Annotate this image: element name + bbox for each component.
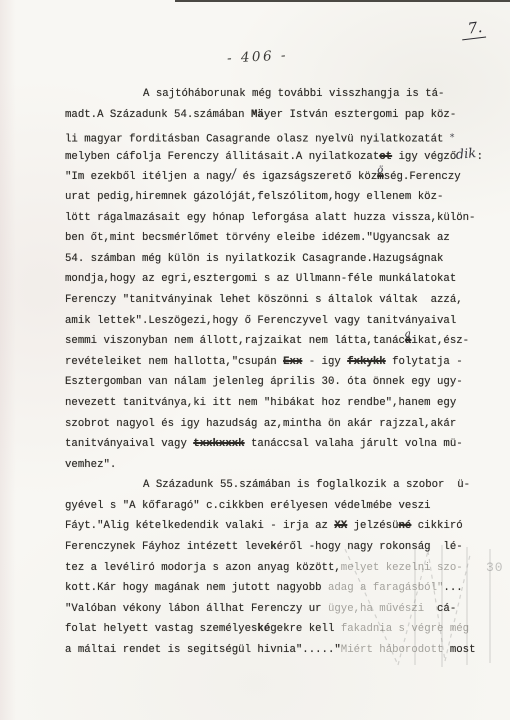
text-segment: A Századunk 55.számában is foglalkozik a… — [143, 479, 470, 491]
text-segment: nevezett tanitványa,ki itt nem "hibákat … — [65, 397, 456, 409]
text-segment: txxkxxxk — [193, 438, 244, 450]
text-segment: semmi viszonyban nem állott,rajzaikat ne… — [65, 335, 405, 347]
text-line: "Valóban vékony lábon állhat Ferenczy ur… — [65, 599, 469, 620]
text-segment: szobrot nagyol és igy hazudság az,mintha… — [65, 418, 456, 430]
text-segment: Fáyt."Alig kételkedendik valaki - irja a… — [65, 520, 334, 532]
text-segment: gyével s "A kőfaragó" c.cikkben erélyese… — [65, 500, 431, 512]
text-segment: ügye,ha művészi — [328, 603, 424, 615]
text-segment: A sajtóháborunak még további visszhangja… — [143, 88, 444, 100]
scan-edge-smudge — [0, 0, 16, 720]
text-line: kott.Kár hogy magának nem jutott nagyobb… — [65, 578, 469, 599]
text-segment: igy végző — [392, 151, 456, 163]
text-segment: Ferenczynek Fáyhoz intézett leve — [65, 541, 270, 553]
text-line: tanitványaival vagy txxkxxxk tanáccsal v… — [65, 434, 469, 455]
text-segment: ikat,ész- — [411, 335, 469, 347]
text-segment: tez a levéliró modorja s azon anyag közö… — [65, 562, 341, 574]
text-line: ben őt,mint becsmérlőmet törvény eleibe … — [65, 228, 469, 249]
text-line: tez a levéliró modorja s azon anyag közö… — [65, 558, 469, 579]
text-line: mondja,hogy az egri,esztergomi s az Ullm… — [65, 269, 469, 290]
text-segment: fxkykk — [347, 356, 385, 368]
text-segment: ké — [257, 623, 270, 635]
text-segment: tanitványaival vagy — [65, 438, 193, 450]
text-segment: ... — [443, 582, 462, 594]
text-segment: Exx — [283, 356, 302, 368]
text-segment: Miért háborodott — [341, 644, 444, 656]
text-segment: adag a faragásból" — [328, 582, 443, 594]
text-segment: ség.Ferenczy — [384, 171, 461, 183]
text-line: li magyar forditásban Casagrande olasz n… — [65, 125, 469, 146]
text-segment: folat helyett vastag személyes — [65, 623, 257, 635]
bleed-through-digits: 30 — [486, 560, 504, 575]
text-segment: éről -hogy nagy rokonság lé- — [277, 541, 463, 553]
text-segment: aa — [405, 335, 411, 347]
text-line: melyben cáfolja Ferenczy állitásait.A ny… — [65, 146, 469, 167]
text-segment: "Im ezekből itéljen a nagy — [65, 171, 232, 183]
text-segment: jelzésü — [347, 520, 398, 532]
text-segment: amik lettek".Leszögezi,hogy ő Ferenczyve… — [65, 315, 456, 327]
handwritten-correction: ⁎ — [450, 130, 455, 140]
text-segment: Ferenczy "tanitványinak lehet köszönni s… — [65, 294, 463, 306]
handwritten-corner-number: 7. — [460, 18, 487, 41]
handwritten-correction: / — [231, 165, 237, 186]
text-line: gyével s "A kőfaragó" c.cikkben erélyese… — [65, 496, 469, 517]
handwritten-correction: ö — [377, 161, 383, 182]
text-line: Ferenczynek Fáyhoz intézett levekéről -h… — [65, 537, 469, 558]
text-line: a máltai rendet is segitségül hivnia"...… — [65, 640, 469, 661]
text-segment: XX — [334, 520, 347, 532]
text-line: revételeiket nem hallotta,"csupán Exx - … — [65, 352, 469, 373]
text-segment: : — [477, 151, 483, 163]
text-segment: gekre kell — [270, 623, 341, 635]
text-segment: madt.A Századunk 54.számában — [65, 109, 251, 121]
text-line: 54. számban még külön is nyilatkozik Cas… — [65, 249, 469, 270]
text-segment: cikkiró — [411, 520, 462, 532]
text-segment: melyben cáfolja Ferenczy állitásait.A ny… — [65, 151, 379, 163]
text-segment: kott.Kár hogy magának nem jutott nagyobb — [65, 582, 328, 594]
typed-text: A sajtóháborunak még további visszhangja… — [65, 84, 469, 661]
text-segment: 54. számban még külön is nyilatkozik Cas… — [65, 253, 443, 265]
text-line: szobrot nagyol és igy hazudság az,mintha… — [65, 414, 469, 435]
text-line: A Századunk 55.számában is foglalkozik a… — [65, 475, 469, 496]
text-line: semmi viszonyban nem állott,rajzaikat ne… — [65, 331, 469, 352]
text-segment: mö — [377, 171, 383, 183]
handwritten-correction: a — [405, 325, 411, 346]
handwritten-page-number: - 406 - — [227, 47, 289, 66]
text-line: lött rágalmazásait egy hónap leforgása a… — [65, 208, 469, 229]
text-line: folat helyett vastag személyeskégekre ke… — [65, 619, 469, 640]
text-segment: ben őt,mint becsmérlőmet törvény eleibe … — [65, 232, 450, 244]
text-line: madt.A Századunk 54.számában Mäyer Istvá… — [65, 105, 469, 126]
text-segment: Esztergomban van nálam jelenleg április … — [65, 376, 463, 388]
text-segment: yer István esztergomi pap köz- — [264, 109, 456, 121]
text-segment: urat pedig,hiremnek gázolóját,felszólito… — [65, 191, 443, 203]
text-segment: revételeiket nem hallotta,"csupán — [65, 356, 283, 368]
text-line: nevezett tanitványa,ki itt nem "hibákat … — [65, 393, 469, 414]
text-segment: "Valóban vékony lábon állhat Ferenczy ur — [65, 603, 328, 615]
text-segment: - igy — [302, 356, 347, 368]
text-segment: mondja,hogy az egri,esztergomi s az Ullm… — [65, 273, 456, 285]
text-segment: folytatja - — [386, 356, 463, 368]
text-line: "Im ezekből itéljen a nagy/ és igazságsz… — [65, 166, 469, 187]
text-segment: melyet kezelni szo- — [341, 562, 463, 574]
text-segment: li magyar forditásban Casagrande olasz n… — [65, 134, 450, 146]
text-line: Esztergomban van nálam jelenleg április … — [65, 372, 469, 393]
text-segment: Mä — [251, 109, 264, 121]
text-segment: cá- — [424, 603, 456, 615]
text-segment: most — [443, 644, 475, 656]
text-segment: a máltai rendet is segitségül hivnia"...… — [65, 644, 341, 656]
text-line: Ferenczy "tanitványinak lehet köszönni s… — [65, 290, 469, 311]
text-segment: vemhez". — [65, 459, 116, 471]
text-line: Fáyt."Alig kételkedendik valaki - irja a… — [65, 516, 469, 537]
text-line: urat pedig,hiremnek gázolóját,felszólito… — [65, 187, 469, 208]
text-segment: és igazságszerető köz — [236, 171, 377, 183]
scan-edge-line — [175, 0, 510, 2]
text-segment: tanáccsal valaha járult volna mü- — [245, 438, 463, 450]
text-line: A sajtóháborunak még további visszhangja… — [65, 84, 469, 105]
scanned-document-page: { "page": { "corner_number": "7.", "page… — [0, 0, 510, 720]
text-segment: fakadnia s végre még — [341, 623, 469, 635]
text-segment: né — [399, 520, 412, 532]
text-line: vemhez". — [65, 455, 469, 476]
text-segment: lött rágalmazásait egy hónap leforgása a… — [65, 212, 475, 224]
handwritten-correction: dik — [455, 144, 477, 166]
